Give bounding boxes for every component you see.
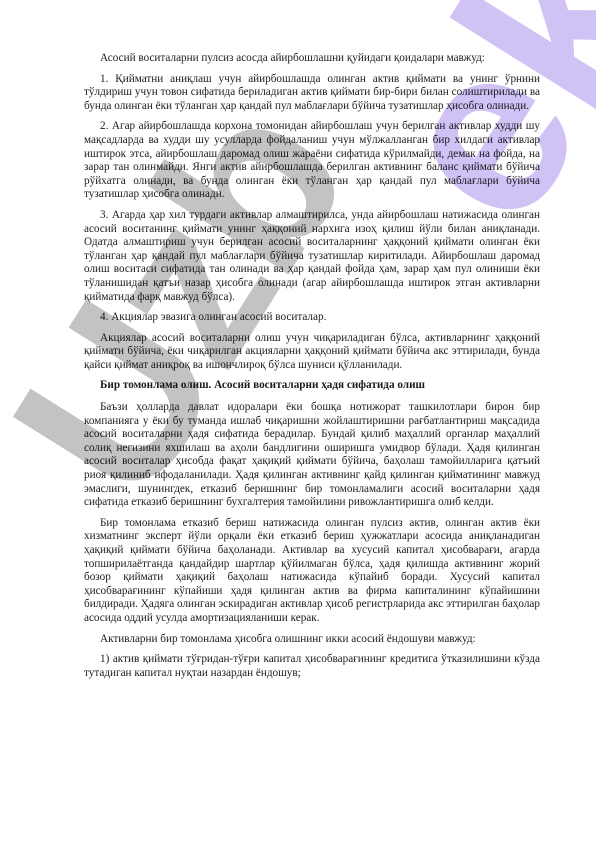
rule-1-paragraph: 1. Қийматни аниқлаш учун айирбошлашда ол… <box>84 73 540 114</box>
gift-paragraph-2: Бир томонлама етказиб бериш натижасида о… <box>84 517 540 626</box>
rule-3-paragraph: 3. Агарда ҳар хил турдаги активлар алмаш… <box>84 209 540 304</box>
gift-paragraph-1: Баъзи ҳолларда давлат идоралари ёки бошқ… <box>84 401 540 510</box>
section-heading: Бир томонлама олиш. Асосий воситаларни ҳ… <box>84 379 540 393</box>
shares-paragraph: Акциялар асосий воситаларни олиш учун чи… <box>84 332 540 373</box>
intro-paragraph: Асосий воситаларни пулсиз асосда айирбош… <box>84 52 540 66</box>
document-page: Асосий воситаларни пулсиз асосда айирбош… <box>84 52 540 680</box>
approach-1-item: 1) актив қиймати тўғридан-тўғри капитал … <box>84 653 540 680</box>
rule-2-paragraph: 2. Агар айирбошлашда корхона томонидан а… <box>84 120 540 202</box>
rule-4-paragraph: 4. Акциялар эвазига олинган асосий восит… <box>84 311 540 325</box>
approaches-paragraph: Активларни бир томонлама ҳисобга олишнин… <box>84 633 540 647</box>
